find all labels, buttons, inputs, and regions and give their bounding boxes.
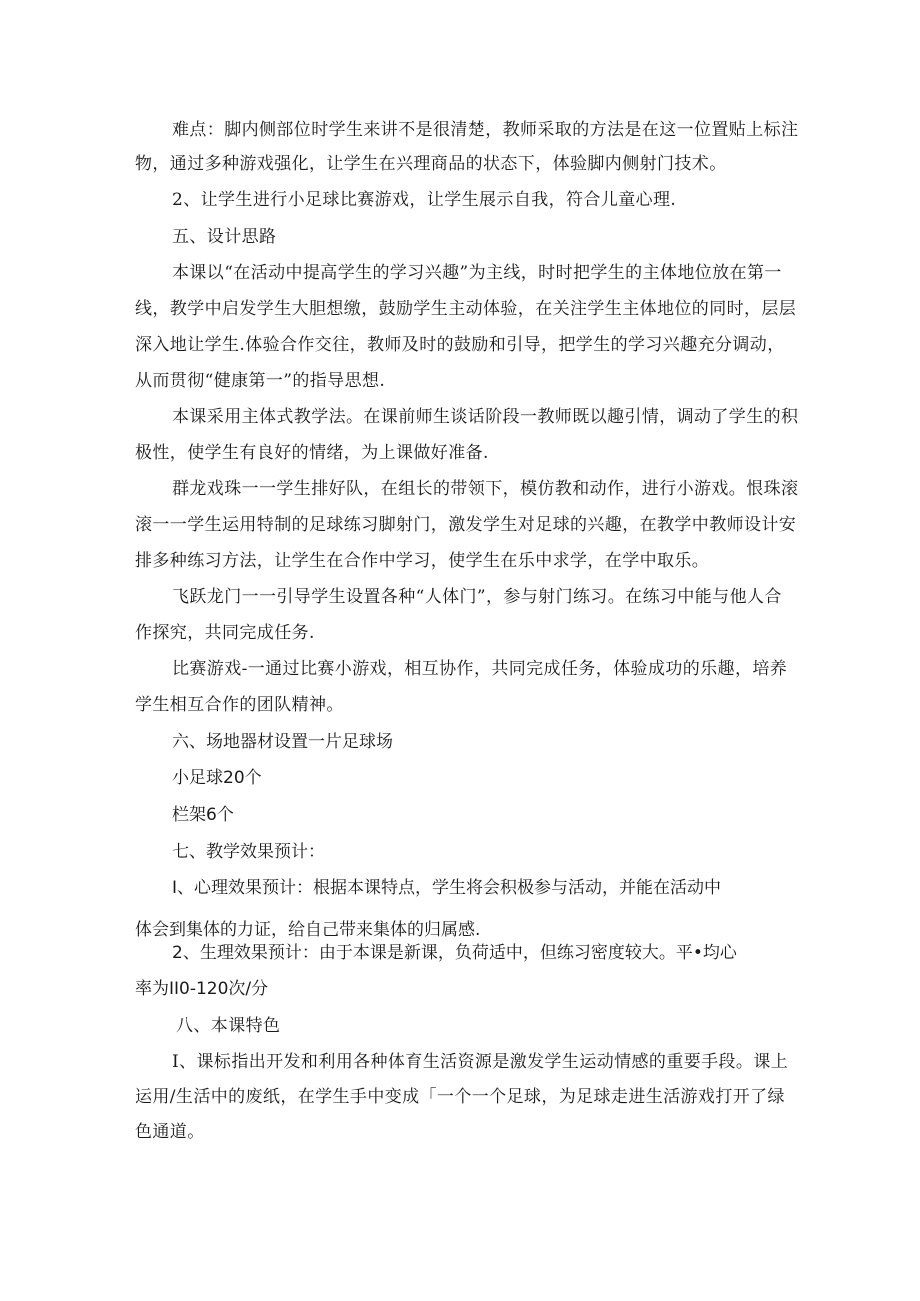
paragraph-features-3: 色通道。	[135, 1121, 205, 1143]
paragraph-difficulty: 难点：脚内侧部位时学生来讲不是很清楚，教师采取的方法是在这一位置贴上标注	[172, 119, 798, 141]
document-page: 难点：脚内侧部位时学生来讲不是很清楚，教师采取的方法是在这一位置贴上标注 物，通…	[0, 0, 920, 1301]
paragraph-dragon-game-2: 滚一一学生运用特制的足球练习脚射门，激发学生对足球的兴趣，在教学中教师设计安	[135, 514, 796, 536]
section-heading-equipment: 六、场地器材设置一片足球场	[172, 731, 393, 753]
paragraph-features-1: I、课标指出开发和利用各种体育生活资源是激发学生运动情感的重要手段。课上	[172, 1051, 788, 1073]
paragraph-dragon-gate-1: 飞跃龙门一一引导学生设置各种“人体门”，参与射门练习。在练习中能与他人合	[172, 586, 782, 608]
paragraph-psych-effect-1: I、心理效果预计：根据本课特点，学生将会积极参与活动，并能在活动中	[172, 877, 721, 899]
paragraph-design-idea-2: 线，教学中启发学生大胆想缴，鼓励学生主动体验，在关注学生主体地位的同时，层层	[135, 298, 796, 320]
paragraph-method-1: 本课采用主体式教学法。在课前师生谈话阶段一教师既以趣引情，调动了学生的积	[172, 406, 798, 428]
equipment-item-balls: 小足球20个	[172, 767, 262, 789]
paragraph-match-game-1: 比赛游戏-一通过比赛小游戏，相互协作，共同完成任务，体验成功的乐趣，培养	[172, 658, 787, 680]
paragraph-physio-effect-1: 2、生理效果预计：由于本课是新课，负荷适中，但练习密度较大。平•均心	[172, 942, 737, 964]
paragraph-dragon-game-3: 排多种练习方法，让学生在合作中学习，使学生在乐中求学，在学中取乐。	[135, 550, 709, 572]
equipment-item-hurdles: 栏架6个	[172, 804, 234, 826]
paragraph-dragon-game-1: 群龙戏珠一一学生排好队，在组长的带领下，模仿教和动作，进行小游戏。恨珠滚	[172, 478, 798, 500]
section-heading-design-idea: 五、设计思路	[172, 226, 276, 248]
paragraph-design-idea-1: 本课以“在活动中提高学生的学习兴趣”为主线，时时把学生的主体地位放在第一	[172, 262, 782, 284]
section-heading-features: 八、本课特色	[176, 1015, 280, 1037]
paragraph-item-2-match-game: 2、让学生进行小足球比赛游戏，让学生展示自我，符合儿童心理.	[172, 189, 676, 211]
paragraph-features-2: 运用/生活中的废纸，在学生手中变成「一个一个足球，为足球走进生活游戏打开了绿	[135, 1086, 785, 1108]
section-heading-expected-effect: 七、教学效果预计：	[172, 841, 325, 863]
paragraph-dragon-gate-2: 作探究，共同完成任务.	[135, 622, 315, 644]
paragraph-design-idea-4: 从而贯彻“健康第一”的指导思想.	[135, 370, 385, 392]
paragraph-physio-effect-2: 率为II0-120次/分	[135, 978, 268, 1000]
paragraph-method-2: 极性，使学生有良好的情绪，为上课做好准备.	[135, 442, 489, 464]
paragraph-match-game-2: 学生相互合作的团队精神。	[135, 694, 344, 716]
paragraph-design-idea-3: 深入地让学生.体验合作交往，教师及时的鼓励和引导，把学生的学习兴趣充分调动，	[135, 334, 785, 356]
paragraph-difficulty-cont: 物，通过多种游戏强化，让学生在兴理商品的状态下，体验脚内侧射门技术。	[135, 153, 727, 175]
paragraph-psych-effect-2: 体会到集体的力证，给自己带来集体的归属感.	[135, 919, 480, 941]
